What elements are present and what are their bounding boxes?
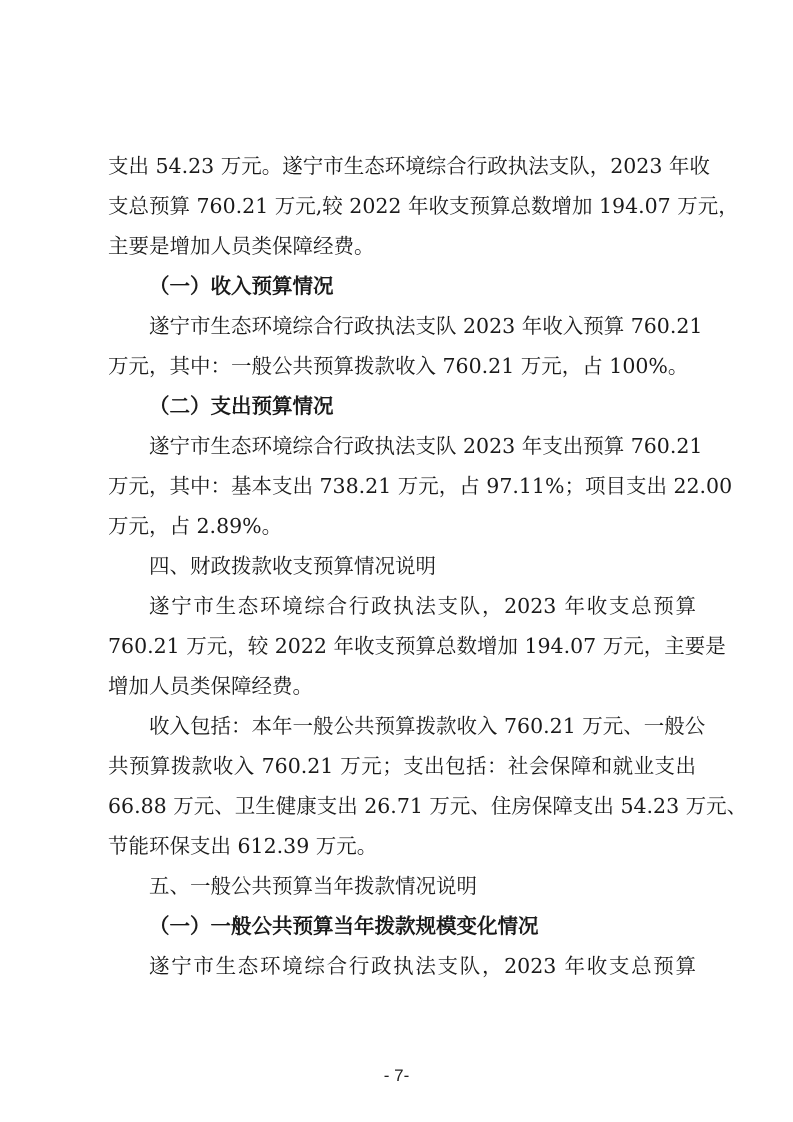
body-line: 遂宁市生态环境综合行政执法支队 2023 年支出预算 760.21 bbox=[108, 426, 696, 466]
heading-fiscal-appropriation: 四、财政拨款收支预算情况说明 bbox=[108, 546, 696, 586]
body-line: 增加人员类保障经费。 bbox=[108, 666, 696, 706]
body-line: 遂宁市生态环境综合行政执法支队 2023 年收入预算 760.21 bbox=[108, 306, 696, 346]
body-line: 万元，其中：一般公共预算拨款收入 760.21 万元，占 100%。 bbox=[108, 346, 696, 386]
body-line: 支总预算 760.21 万元,较 2022 年收支预算总数增加 194.07 万… bbox=[108, 186, 696, 226]
body-line: 760.21 万元，较 2022 年收支预算总数增加 194.07 万元，主要是 bbox=[108, 626, 696, 666]
body-line: 万元，其中：基本支出 738.21 万元，占 97.11%；项目支出 22.00 bbox=[108, 466, 696, 506]
body-line: 共预算拨款收入 760.21 万元；支出包括：社会保障和就业支出 bbox=[108, 746, 696, 786]
body-line: 主要是增加人员类保障经费。 bbox=[108, 226, 696, 266]
subheading-expense-budget: （二）支出预算情况 bbox=[108, 386, 696, 426]
body-line: 万元，占 2.89%。 bbox=[108, 506, 696, 546]
heading-general-public-budget: 五、一般公共预算当年拨款情况说明 bbox=[108, 866, 696, 906]
body-line: 遂宁市生态环境综合行政执法支队，2023 年收支总预算 bbox=[108, 586, 696, 626]
page-number: - 7- bbox=[0, 1066, 793, 1086]
document-page: 支出 54.23 万元。遂宁市生态环境综合行政执法支队，2023 年收 支总预算… bbox=[108, 146, 696, 986]
body-line: 66.88 万元、卫生健康支出 26.71 万元、住房保障支出 54.23 万元… bbox=[108, 786, 696, 826]
body-line: 节能环保支出 612.39 万元。 bbox=[108, 826, 696, 866]
subheading-scale-change: （一）一般公共预算当年拨款规模变化情况 bbox=[108, 906, 696, 946]
body-line: 收入包括：本年一般公共预算拨款收入 760.21 万元、一般公 bbox=[108, 706, 696, 746]
subheading-income-budget: （一）收入预算情况 bbox=[108, 266, 696, 306]
body-line: 遂宁市生态环境综合行政执法支队，2023 年收支总预算 bbox=[108, 946, 696, 986]
body-line: 支出 54.23 万元。遂宁市生态环境综合行政执法支队，2023 年收 bbox=[108, 146, 696, 186]
